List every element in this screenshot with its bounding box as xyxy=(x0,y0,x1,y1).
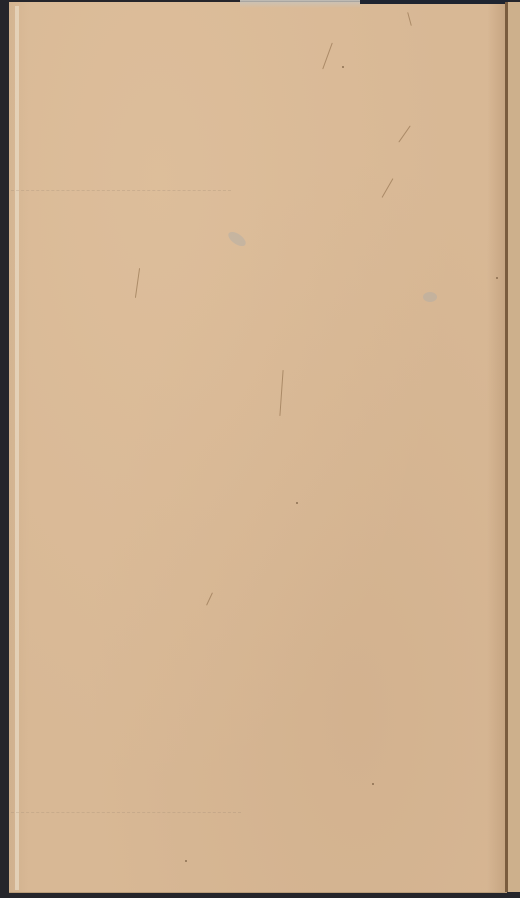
paper-fiber xyxy=(407,12,412,26)
paper-stain xyxy=(226,229,248,249)
paper-fiber xyxy=(135,268,140,298)
faint-show-through-line xyxy=(11,190,231,193)
scan-background xyxy=(0,0,520,898)
paper-fiber xyxy=(322,43,333,70)
paper-fiber xyxy=(279,370,283,416)
paper-fiber xyxy=(382,178,394,198)
paper-speck xyxy=(372,783,374,785)
paper-speck xyxy=(296,502,298,504)
paper-speck xyxy=(496,277,498,279)
paper-fiber xyxy=(206,592,213,605)
adjacent-page-edge xyxy=(508,2,520,892)
paper-speck xyxy=(342,66,344,68)
page-edge xyxy=(15,6,19,890)
binding-edge xyxy=(360,0,510,4)
paper-fiber xyxy=(398,126,410,143)
paper-speck xyxy=(185,860,187,862)
blank-page xyxy=(9,2,507,893)
paper-stain xyxy=(423,292,437,302)
faint-show-through-line xyxy=(11,812,241,815)
torn-top-edge xyxy=(240,0,360,8)
